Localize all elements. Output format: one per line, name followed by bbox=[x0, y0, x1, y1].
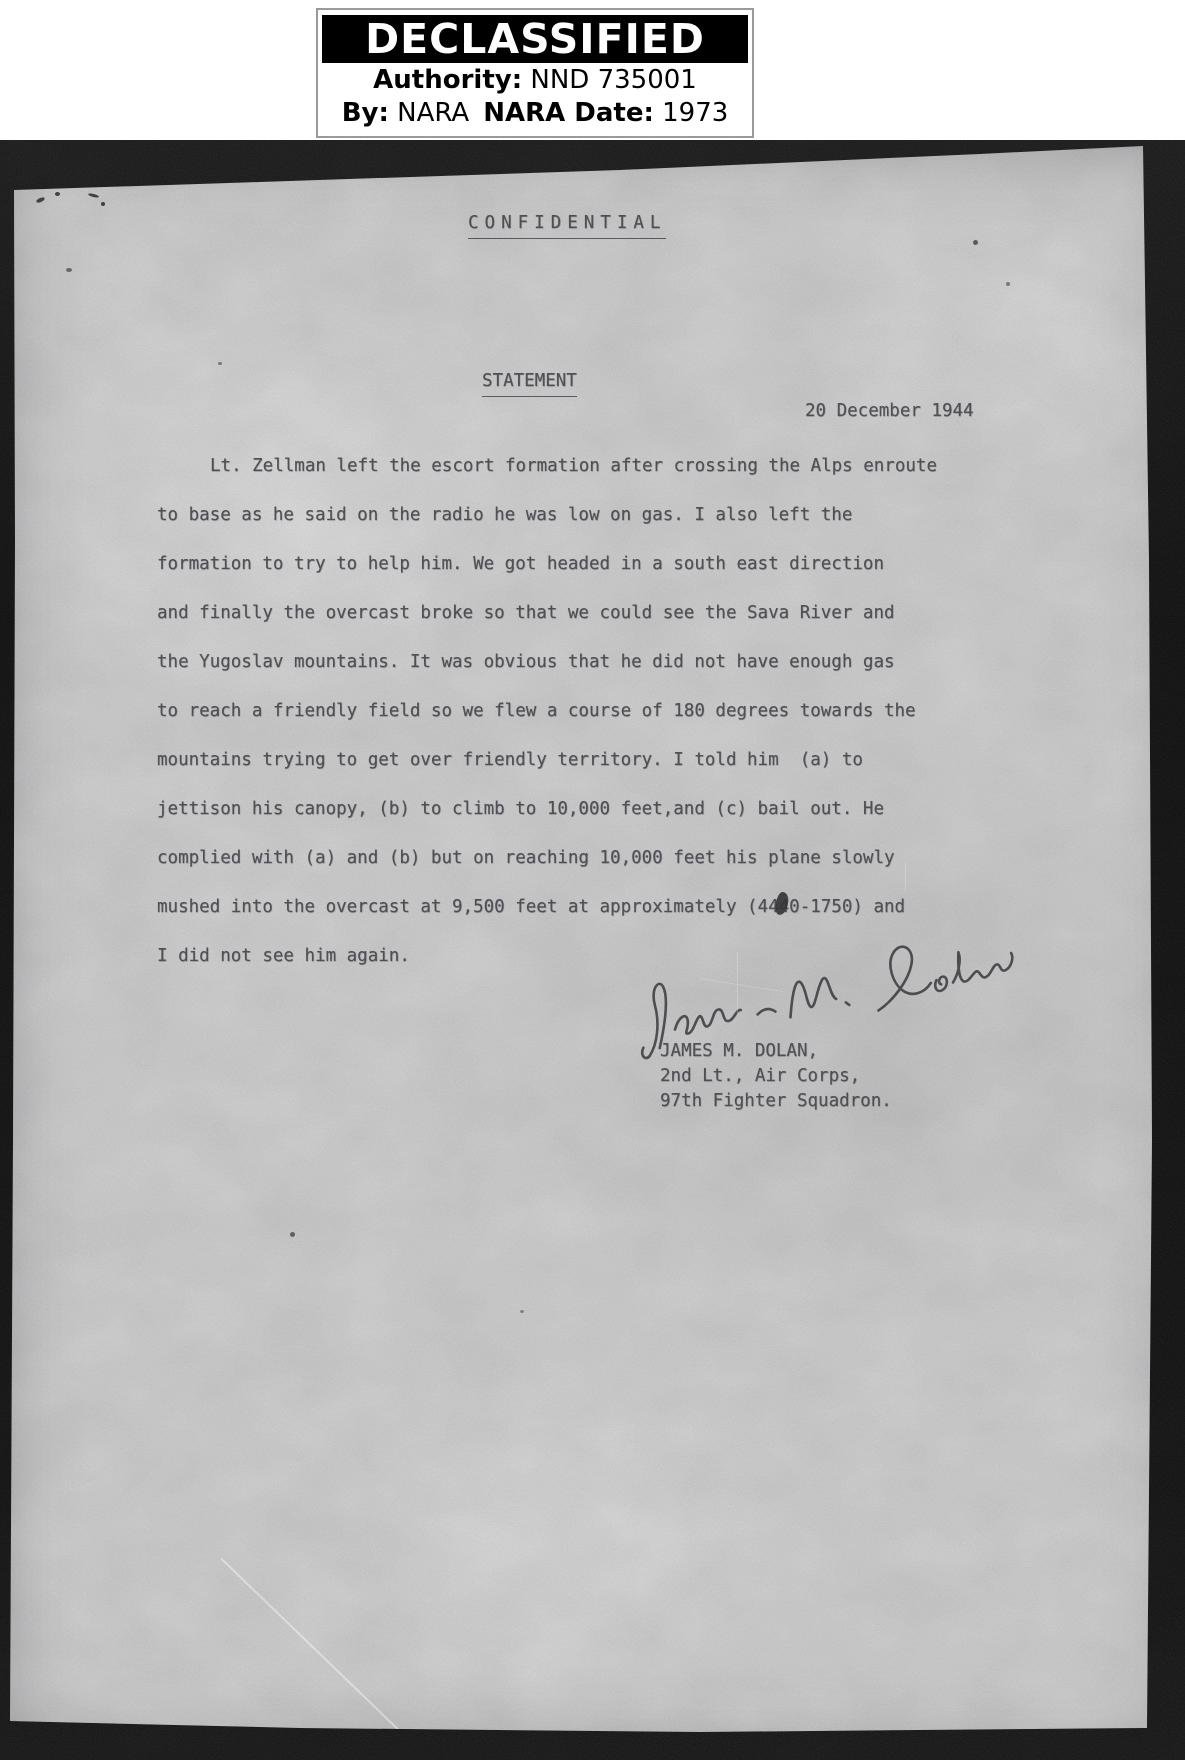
scan-speck bbox=[290, 1232, 295, 1237]
body-paragraph: Lt. Zellman left the escort formation af… bbox=[157, 455, 937, 994]
scratch-line bbox=[905, 862, 906, 892]
statement-title: STATEMENT bbox=[482, 370, 577, 397]
scan-speck bbox=[55, 192, 60, 196]
scan-speck bbox=[88, 193, 99, 199]
authority-label: Authority: bbox=[373, 65, 522, 95]
body-line: to reach a friendly field so we flew a c… bbox=[157, 700, 937, 749]
by-date-line: By: NARANARA Date: 1973 bbox=[322, 98, 748, 129]
scan-speck bbox=[66, 268, 72, 272]
scan-speck bbox=[36, 196, 46, 203]
declassified-banner: DECLASSIFIED bbox=[322, 15, 748, 63]
classification-heading: CONFIDENTIAL bbox=[468, 212, 666, 239]
body-line: mountains trying to get over friendly te… bbox=[157, 749, 937, 798]
scan-speck bbox=[101, 202, 105, 206]
scan-speck bbox=[973, 240, 978, 245]
signature-rank-line: 2nd Lt., Air Corps, bbox=[660, 1065, 892, 1090]
scan-speck bbox=[520, 1310, 524, 1313]
body-line: complied with (a) and (b) but on reachin… bbox=[157, 847, 937, 896]
signature-unit-line: 97th Fighter Squadron. bbox=[660, 1090, 892, 1115]
body-line: formation to try to help him. We got hea… bbox=[157, 553, 937, 602]
authority-line: Authority: NND 735001 bbox=[322, 65, 748, 96]
body-line: to base as he said on the radio he was l… bbox=[157, 504, 937, 553]
by-value: NARA bbox=[397, 98, 469, 128]
body-line: jettison his canopy, (b) to climb to 10,… bbox=[157, 798, 937, 847]
signature-name-line: JAMES M. DOLAN, bbox=[660, 1040, 892, 1065]
authority-value: NND 735001 bbox=[530, 65, 696, 95]
nara-date-label: NARA Date: bbox=[483, 98, 654, 128]
body-line: mushed into the overcast at 9,500 feet a… bbox=[157, 896, 937, 945]
body-line: the Yugoslav mountains. It was obvious t… bbox=[157, 651, 937, 700]
signature-block: JAMES M. DOLAN, 2nd Lt., Air Corps, 97th… bbox=[660, 1040, 892, 1115]
scan-speck bbox=[218, 362, 222, 365]
by-label: By: bbox=[342, 98, 389, 128]
declassified-stamp: DECLASSIFIED Authority: NND 735001 By: N… bbox=[316, 8, 754, 138]
scanned-page: CONFIDENTIAL STATEMENT 20 December 1944 … bbox=[0, 140, 1185, 1760]
scratch-line bbox=[221, 1558, 429, 1759]
body-line: Lt. Zellman left the escort formation af… bbox=[157, 455, 937, 504]
scan-speck bbox=[1006, 282, 1010, 286]
document-date: 20 December 1944 bbox=[805, 400, 974, 423]
paper: CONFIDENTIAL STATEMENT 20 December 1944 … bbox=[0, 140, 1185, 1760]
body-line: and finally the overcast broke so that w… bbox=[157, 602, 937, 651]
nara-date-value: 1973 bbox=[662, 98, 728, 128]
